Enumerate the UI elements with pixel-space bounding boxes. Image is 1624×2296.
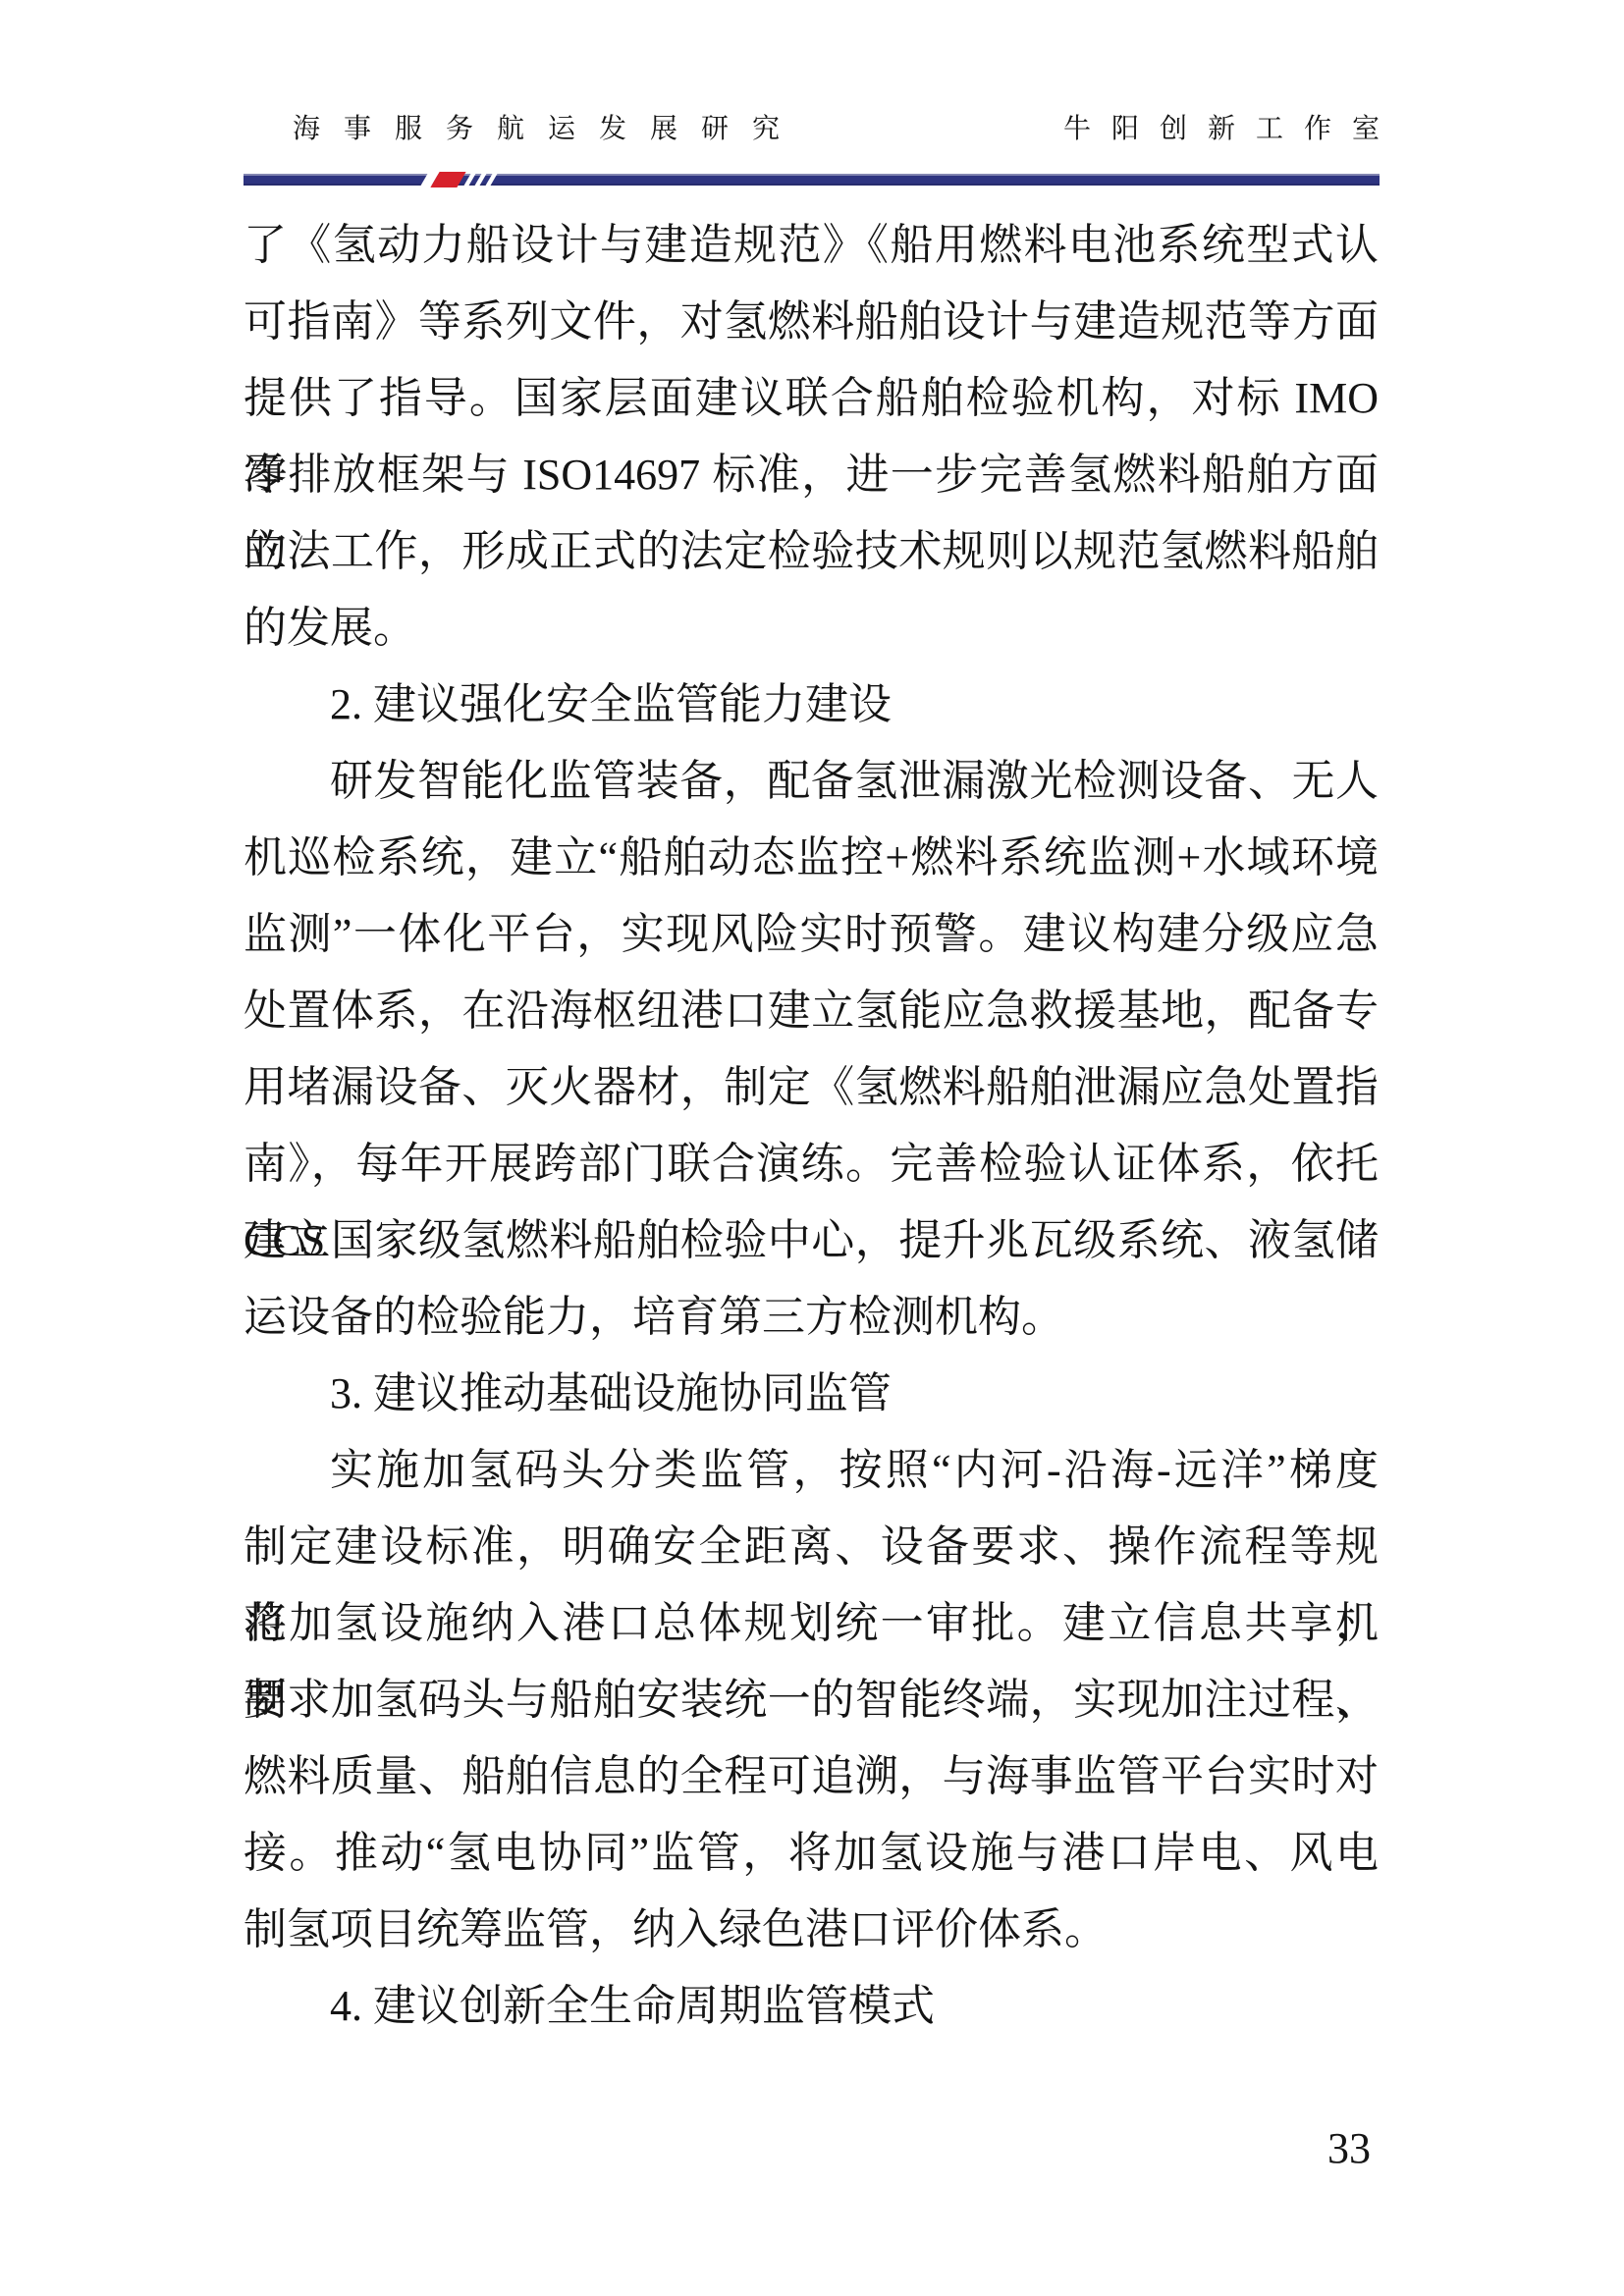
page-number: 33	[1327, 2122, 1371, 2175]
body-line: 3. 建议推动基础设施协同监管	[244, 1356, 1379, 1432]
body-line: 4. 建议创新全生命周期监管模式	[244, 1968, 1379, 2045]
body-line: 用堵漏设备、灭火器材，制定《氢燃料船舶泄漏应急处置指	[244, 1049, 1379, 1126]
body-line: 监测”一体化平台，实现风险实时预警。建议构建分级应急	[244, 896, 1379, 973]
body-line: 立法工作，形成正式的法定检验技术规则以规范氢燃料船舶	[244, 513, 1379, 590]
body-line: 了《氢动力船设计与建造规范》《船用燃料电池系统型式认	[244, 207, 1379, 284]
body-line: 要求加氢码头与船舶安装统一的智能终端，实现加注过程、	[244, 1662, 1379, 1738]
body-line: 零排放框架与 ISO14697 标准，进一步完善氢燃料船舶方面的	[244, 437, 1379, 513]
body-line: 建立国家级氢燃料船舶检验中心，提升兆瓦级系统、液氢储	[244, 1202, 1379, 1279]
body-line: 制氢项目统筹监管，纳入绿色港口评价体系。	[244, 1892, 1379, 1968]
body-line: 2. 建议强化安全监管能力建设	[244, 667, 1379, 743]
header-accent-slash-icon	[424, 172, 494, 187]
body-line: 可指南》等系列文件，对氢燃料船舶设计与建造规范等方面	[244, 284, 1379, 360]
header-right-title: 牛阳创新工作室	[1063, 110, 1400, 149]
body-text: 了《氢动力船设计与建造规范》《船用燃料电池系统型式认可指南》等系列文件，对氢燃料…	[244, 207, 1379, 2045]
body-line: 机巡检系统，建立“船舶动态监控+燃料系统监测+水域环境	[244, 820, 1379, 896]
body-line: 处置体系，在沿海枢纽港口建立氢能应急救援基地，配备专	[244, 973, 1379, 1049]
document-page: 海事服务航运发展研究 牛阳创新工作室 了《氢动力船设计与建造规范》《船用燃料电池…	[0, 0, 1624, 2296]
body-line: 南》，每年开展跨部门联合演练。完善检验认证体系，依托 CCS	[244, 1126, 1379, 1202]
body-line: 燃料质量、船舶信息的全程可追溯，与海事监管平台实时对	[244, 1738, 1379, 1815]
body-line: 运设备的检验能力，培育第三方检测机构。	[244, 1279, 1379, 1356]
body-line: 研发智能化监管装备，配备氢泄漏激光检测设备、无人	[244, 743, 1379, 820]
body-line: 的发展。	[244, 590, 1379, 667]
body-line: 实施加氢码头分类监管，按照“内河-沿海-远洋”梯度	[244, 1432, 1379, 1509]
body-line: 制定建设标准，明确安全距离、设备要求、操作流程等规范，	[244, 1509, 1379, 1585]
page-header: 海事服务航运发展研究 牛阳创新工作室	[244, 110, 1380, 149]
body-line: 提供了指导。国家层面建议联合船舶检验机构，对标 IMO 净	[244, 360, 1379, 437]
body-line: 将加氢设施纳入港口总体规划统一审批。建立信息共享机制，	[244, 1585, 1379, 1662]
header-left-title: 海事服务航运发展研究	[244, 110, 803, 149]
header-rule-bar	[244, 174, 1380, 186]
body-line: 接。推动“氢电协同”监管，将加氢设施与港口岸电、风电	[244, 1815, 1379, 1892]
